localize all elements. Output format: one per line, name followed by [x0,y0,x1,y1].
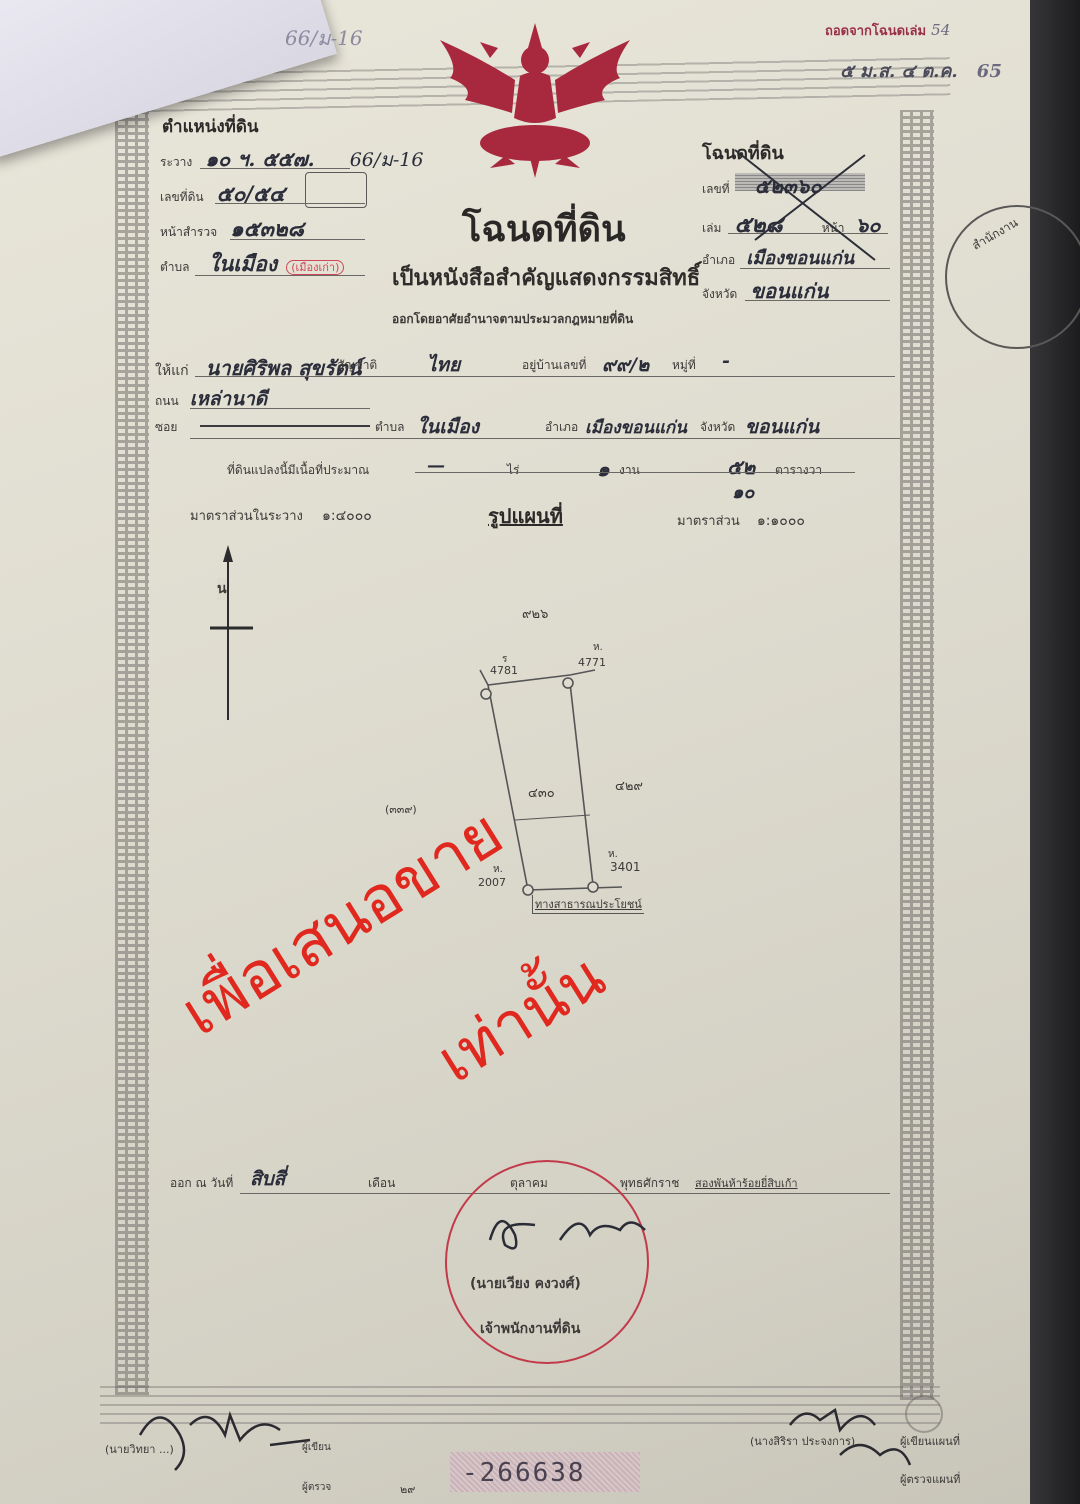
sheet-scale-value: ๑:๔๐๐๐ [322,508,372,524]
marker-tl: 4781 [490,664,518,677]
bottom-left-role2: ผู้ตรวจ [302,1480,331,1495]
stamp-date: ๕ ม.ส. ๔ ต.ค. [840,61,958,82]
top-handwritten-note: 66/ม-16 [285,22,363,54]
parcel-right-number: ๔๒๙ [615,775,643,796]
bottom-right-role: ผู้เขียนแผนที่ [900,1432,960,1450]
owner-line-1 [195,376,895,377]
map-scale: มาตราส่วน ๑:๑๐๐๐ [677,510,805,532]
north-label: น [217,578,227,600]
marker-tr-prefix: ห. [593,640,603,655]
ngan-value: ๑ [597,453,610,485]
parcel-center-number: ๔๓๐ [528,782,555,803]
stamp-label: ถอดจากโฉนดเล่ม [825,24,926,39]
ornamental-border-left [115,75,149,1395]
left-row-tambon: ตำบล ในเมือง (เมืองเก่า) [160,248,344,281]
sheet-scale: มาตราส่วนในระวาง ๑:๔๐๐๐ [190,505,372,527]
map-title: รูปแผนที่ [488,500,563,532]
location-heading: ตำแหน่งที่ดิน [162,113,259,140]
owner-amphoe-value: เมืองขอนแก่น [585,414,687,441]
right-row-province: จังหวัด ขอนแก่น [702,275,828,307]
wa-fraction-value: ๑๐ [732,477,754,506]
top-right-date: ๕ ม.ส. ๔ ต.ค. 65 [840,56,1002,85]
owner-line-3 [190,438,900,439]
top-right-stamp: ถอดจากโฉนดเล่ม 54 [825,20,950,41]
issue-day: สิบสี่ [250,1164,285,1194]
left-row-rawang: ระวาง ๑๐ ฯ. ๕๕๗. 66/ม-16 [160,143,423,175]
officer-name: (นายเวียง คงวงศ์) [470,1273,581,1295]
ornamental-border-right [900,110,934,1400]
parcel-top-number: ๙๒๖ [522,603,548,624]
stamp-number: 54 [931,21,950,39]
bottom-left-name: (นายวิทยา ...) [105,1440,174,1458]
bottom-left-number: ๒๙ [400,1480,415,1498]
left-row-survey-page: หน้าสำรวจ ๑๕๓๒๘ [160,213,304,246]
stamp-year: 65 [977,61,1002,82]
road-line [190,408,370,409]
owner-row-2: ถนน เหล่านาดี [155,384,267,414]
bottom-right-name: (นางสิริรา ประจงการ) [750,1432,855,1450]
map-scale-value: ๑:๑๐๐๐ [757,513,805,529]
issue-year: สองพันห้าร้อยยี่สิบเก้า [695,1174,798,1192]
soi-dash [200,425,370,427]
tambon-value: ในเมือง [209,251,278,276]
province-line [745,300,890,301]
marker-tr: 4771 [578,656,606,669]
public-road-label: ทางสาธารณประโยชน์ [532,895,644,914]
document-title: โฉนดที่ดิน [462,200,626,257]
tambon-line [195,275,365,276]
document-subtitle: เป็นหนังสือสำคัญแสดงกรรมสิทธิ์ [392,260,700,295]
owner-row-3: ซอย ตำบล ในเมือง อำเภอ เมืองขอนแก่น จังห… [155,414,915,444]
north-arrow-icon [205,540,255,720]
moo-value: - [722,350,730,372]
cross-out-mark-icon [725,140,885,270]
bottom-right-role2: ผู้ตรวจแผนที่ [900,1470,960,1488]
serial-number: -266638 [462,1458,586,1488]
marker-br: 3401 [610,860,641,874]
issued-by-text: ออกโดยอาศัยอำนาจตามประมวลกฎหมายที่ดิน [392,310,633,329]
garuda-emblem-icon [420,18,650,183]
parcel-left-number: (๓๓๙) [385,800,417,818]
survey-page-value: ๑๕๓๒๘ [230,216,304,241]
area-row: ที่ดินแปลงนี้มีเนื้อที่ประมาณ — ไร่ ๑ งา… [227,455,907,499]
bottom-left-role: ผู้เขียน [302,1440,331,1455]
land-no-line [215,203,365,204]
survey-page-line [230,239,365,240]
officer-signature [480,1200,680,1260]
officer-title: เจ้าพนักงานที่ดิน [480,1318,580,1340]
left-row-land-no: เลขที่ดิน ๕๐/๕๔ [160,178,285,211]
rawang-note: 66/ม-16 [350,149,424,171]
road-value: เหล่านาดี [190,388,267,410]
owner-row-1: ให้แก่ นายศิริพล สุขรัตน์ สัญชาติ ไทย อย… [155,352,361,384]
area-line [415,472,855,473]
tambon-red-note: (เมืองเก่า) [286,260,344,275]
rawang-line [200,168,350,169]
